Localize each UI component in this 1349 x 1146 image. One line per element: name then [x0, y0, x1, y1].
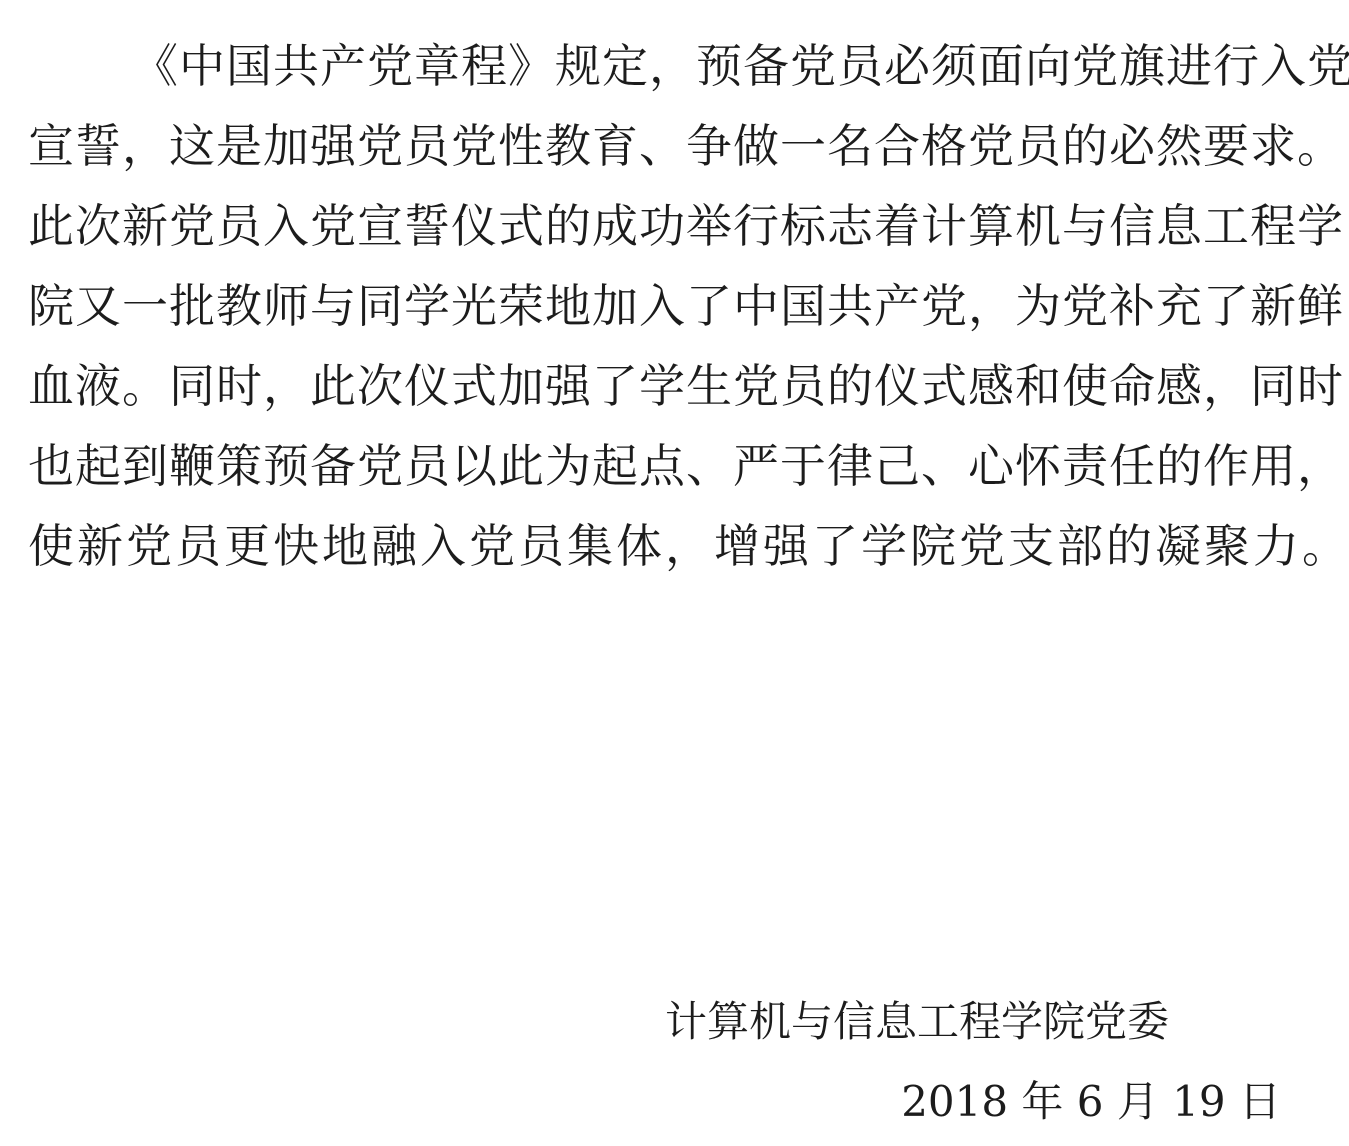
date-line: 2018 年 6 月 19 日	[901, 1072, 1281, 1132]
body-paragraph: 《中国共产党章程》规定，预备党员必须面向党旗进行入党 宣誓，这是加强党员党性教育…	[28, 26, 1257, 586]
paragraph-line: 此次新党员入党宣誓仪式的成功举行标志着计算机与信息工程学	[28, 186, 1257, 266]
paragraph-line: 院又一批教师与同学光荣地加入了中国共产党，为党补充了新鲜	[28, 266, 1257, 346]
document-page: 《中国共产党章程》规定，预备党员必须面向党旗进行入党 宣誓，这是加强党员党性教育…	[0, 0, 1349, 1146]
paragraph-line: 使新党员更快地融入党员集体，增强了学院党支部的凝聚力。	[28, 506, 1257, 586]
signature-line: 计算机与信息工程学院党委	[665, 992, 1169, 1052]
paragraph-line: 也起到鞭策预备党员以此为起点、严于律己、心怀责任的作用，	[28, 426, 1257, 506]
paragraph-line: 血液。同时，此次仪式加强了学生党员的仪式感和使命感，同时	[28, 346, 1257, 426]
paragraph-line: 《中国共产党章程》规定，预备党员必须面向党旗进行入党	[28, 26, 1257, 106]
paragraph-line: 宣誓，这是加强党员党性教育、争做一名合格党员的必然要求。	[28, 106, 1257, 186]
